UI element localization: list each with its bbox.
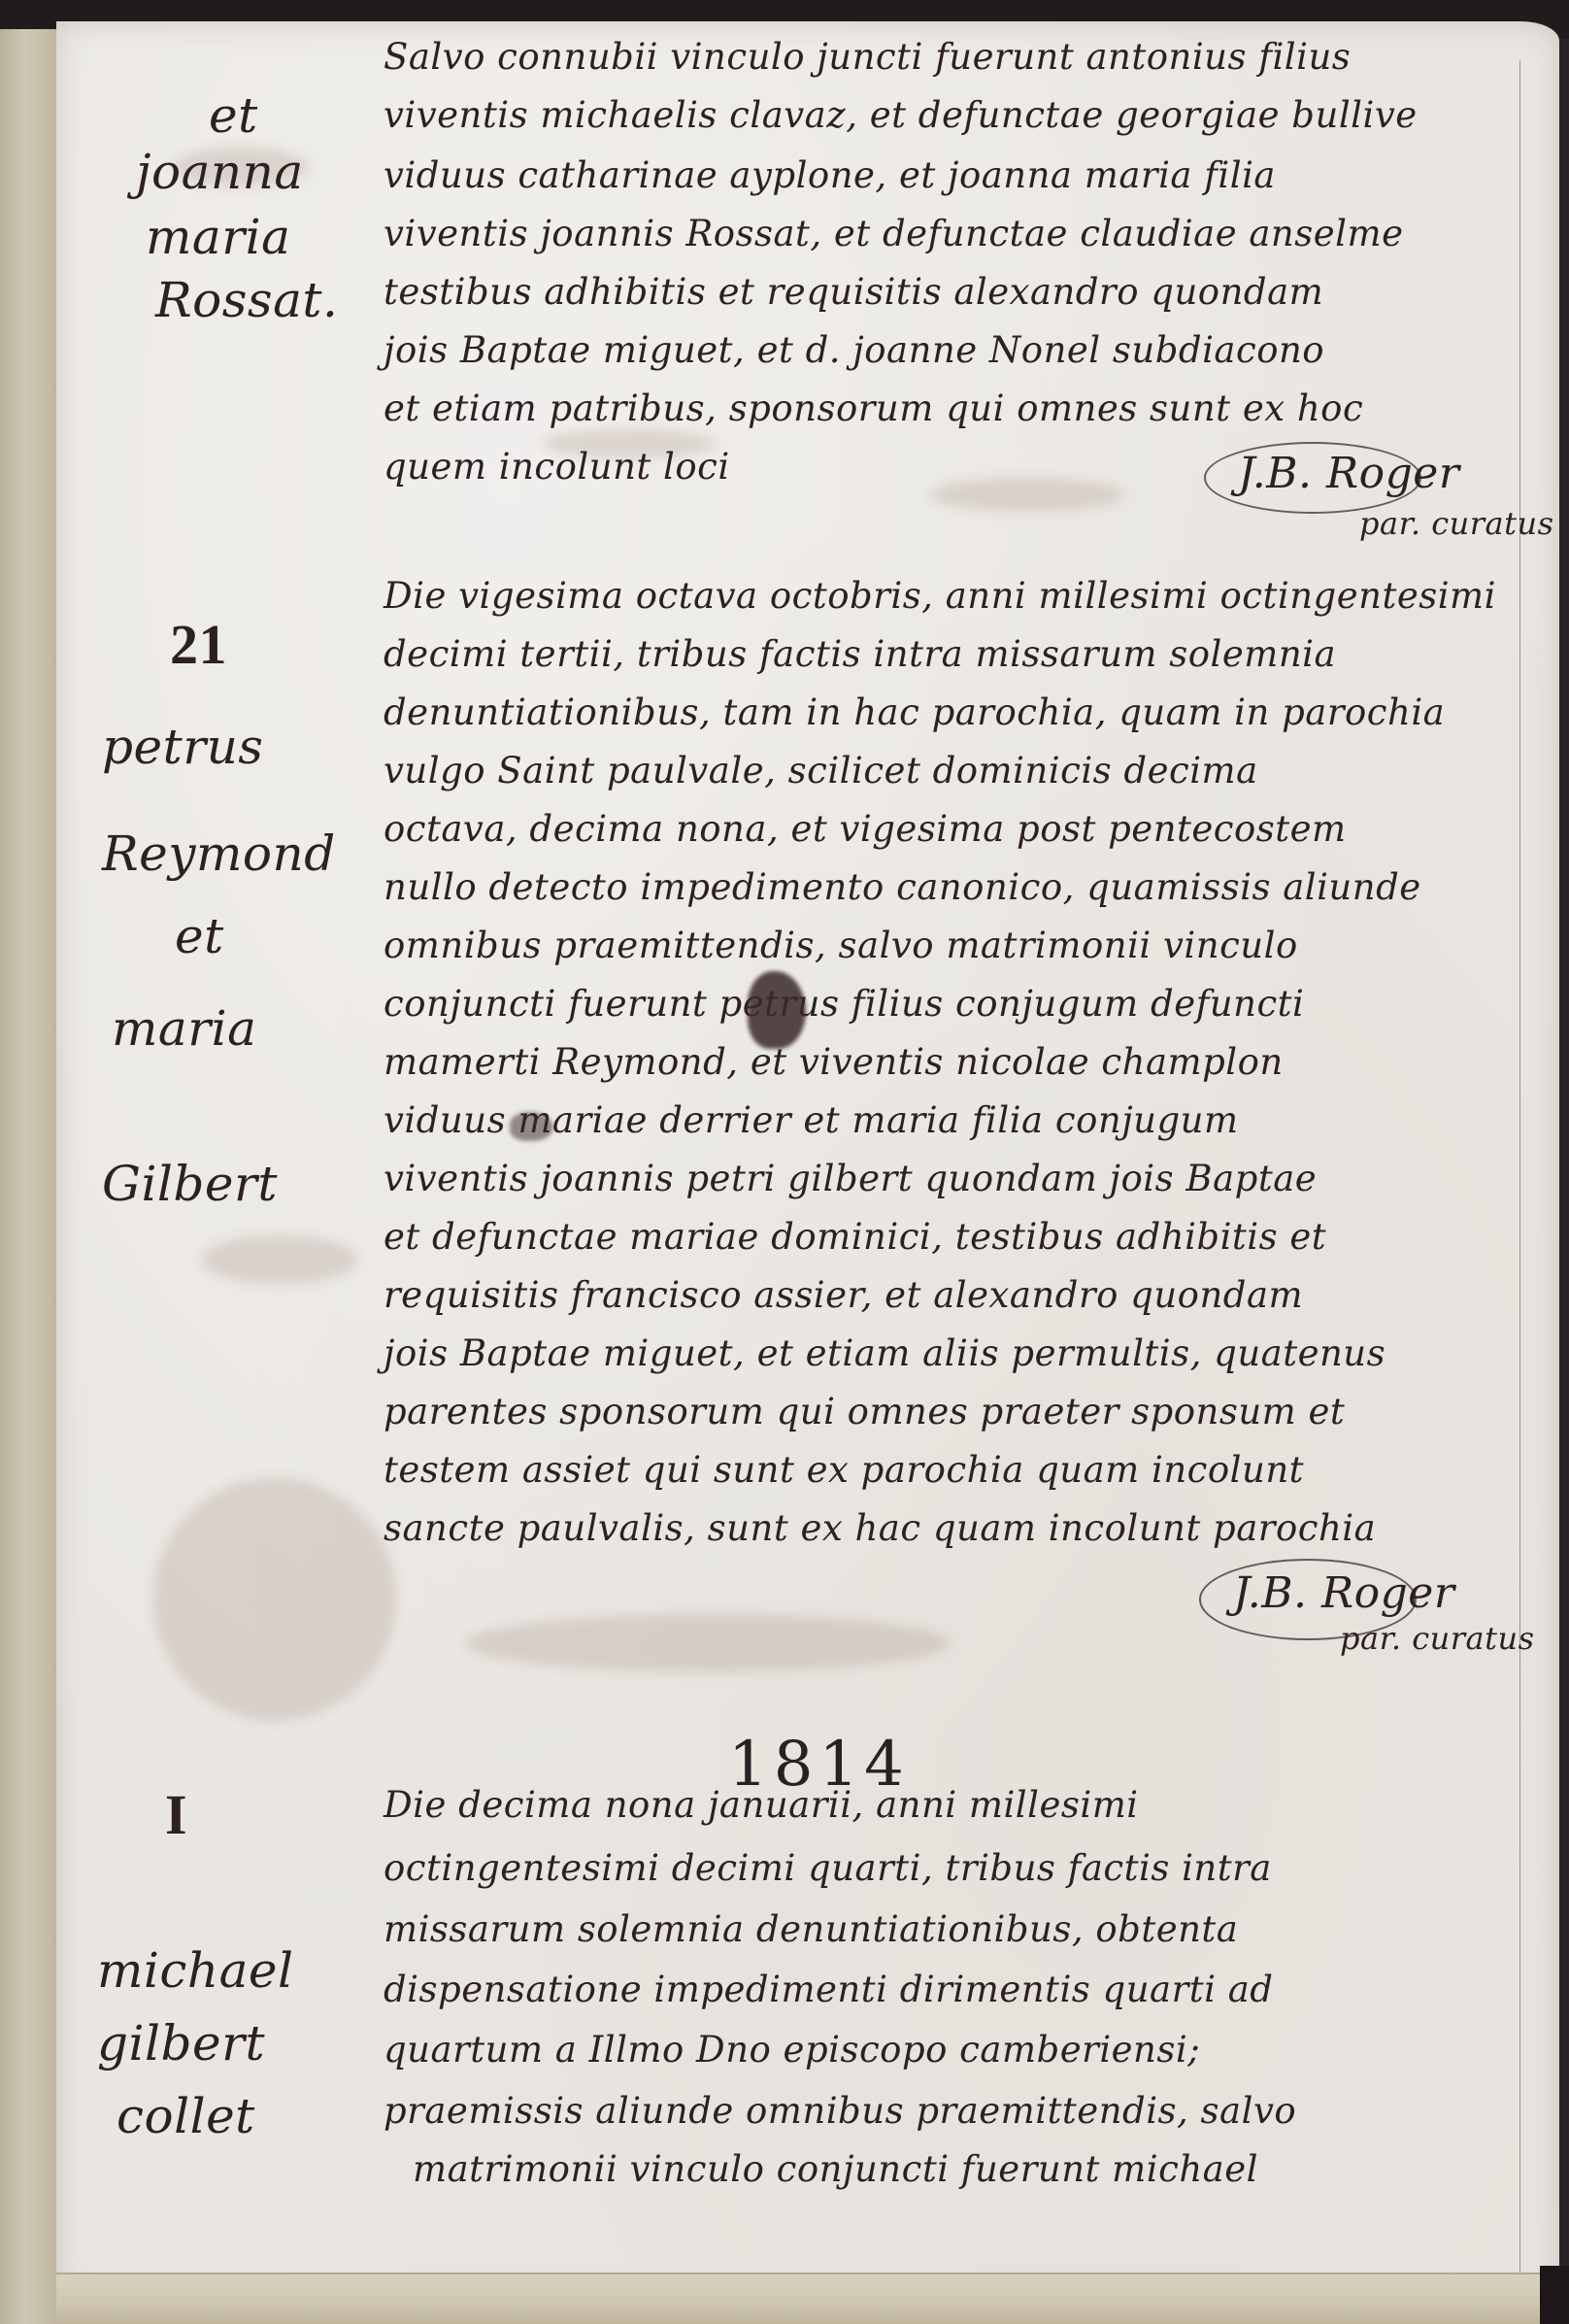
text-line: Die vigesima octava octobris, anni mille… <box>384 578 1496 614</box>
text-line: testem assiet qui sunt ex parochia quam … <box>384 1452 1304 1488</box>
text-line: requisitis francisco assier, et alexandr… <box>384 1277 1303 1313</box>
text-line: missarum solemnia denuntiationibus, obte… <box>384 1911 1238 1947</box>
ink-blot <box>748 971 806 1049</box>
page-ruling-line <box>1519 60 1520 2294</box>
text-line: viventis joannis petri gilbert quondam j… <box>384 1161 1317 1196</box>
margin-name: joanna <box>136 144 304 200</box>
text-line: viventis michaelis clavaz, et defunctae … <box>384 97 1418 133</box>
text-line: sancte paulvalis, sunt ex hac quam incol… <box>384 1510 1376 1546</box>
entry-number: I <box>165 1782 187 1847</box>
text-line: et defunctae mariae dominici, testibus a… <box>384 1219 1326 1255</box>
stain <box>464 1614 950 1672</box>
text-line: denuntiationibus, tam in hac parochia, q… <box>384 694 1445 730</box>
margin-name: collet <box>117 2088 255 2144</box>
text-line: viventis joannis Rossat, et defunctae cl… <box>384 216 1403 252</box>
text-line: Salvo connubii vinculo juncti fuerunt an… <box>384 39 1351 75</box>
text-line: et etiam patribus, sponsorum qui omnes s… <box>384 390 1363 426</box>
margin-name: michael <box>97 1942 294 1999</box>
text-line: praemissis aliunde omnibus praemittendis… <box>384 2093 1296 2129</box>
text-line: omnibus praemittendis, salvo matrimonii … <box>384 927 1298 963</box>
margin-name: et <box>209 87 258 144</box>
priest-signature: J.B. Roger <box>1238 449 1459 498</box>
margin-name: Gilbert <box>102 1156 278 1212</box>
text-line: matrimonii vinculo conjuncti fuerunt mic… <box>413 2151 1258 2187</box>
scanner-bed-corner <box>1540 2266 1569 2324</box>
text-line: octava, decima nona, et vigesima post pe… <box>384 811 1347 847</box>
text-line: nullo detecto impedimento canonico, quam… <box>384 869 1421 905</box>
text-line: mamerti Reymond, et viventis nicolae cha… <box>384 1044 1284 1080</box>
margin-name: Reymond <box>102 825 336 882</box>
text-line: quartum a Illmo Dno episcopo camberiensi… <box>384 2032 1200 2068</box>
text-line: dispensatione impedimenti dirimentis qua… <box>384 1971 1274 2007</box>
ink-blot <box>510 1112 553 1141</box>
text-line: testibus adhibitis et requisitis alexand… <box>384 274 1323 310</box>
text-line: parentes sponsorum qui omnes praeter spo… <box>384 1394 1345 1430</box>
entry-number: 21 <box>170 612 227 677</box>
stain <box>930 478 1124 512</box>
text-line: jois Baptae miguet, et d. joanne Nonel s… <box>384 332 1324 368</box>
margin-name: maria <box>112 1000 256 1057</box>
text-line: jois Baptae miguet, et etiam aliis permu… <box>384 1335 1385 1371</box>
stain <box>202 1235 357 1284</box>
text-line: decimi tertii, tribus factis intra missa… <box>384 636 1336 672</box>
text-line: octingentesimi decimi quarti, tribus fac… <box>384 1850 1272 1886</box>
signature-title: par. curatus <box>1340 1620 1534 1657</box>
signature-title: par. curatus <box>1359 505 1553 542</box>
stain <box>153 1478 396 1721</box>
scanned-register-page: et joanna maria Rossat. Salvo connubii v… <box>0 0 1569 2324</box>
margin-name: maria <box>146 209 290 265</box>
margin-name: Rossat. <box>155 272 338 328</box>
text-line: viduus catharinae ayplone, et joanna mar… <box>384 157 1276 193</box>
text-line: conjuncti fuerunt petrus filius conjugum… <box>384 986 1304 1022</box>
margin-name: et <box>175 908 224 964</box>
margin-name: petrus <box>102 719 263 775</box>
text-line: Die decima nona januarii, anni millesimi <box>384 1787 1139 1823</box>
priest-signature: J.B. Roger <box>1233 1568 1454 1618</box>
text-line: quem incolunt loci <box>384 449 730 485</box>
margin-name: gilbert <box>97 2015 265 2071</box>
page-bottom-edge <box>56 2273 1559 2324</box>
text-line: vulgo Saint paulvale, scilicet dominicis… <box>384 753 1258 789</box>
